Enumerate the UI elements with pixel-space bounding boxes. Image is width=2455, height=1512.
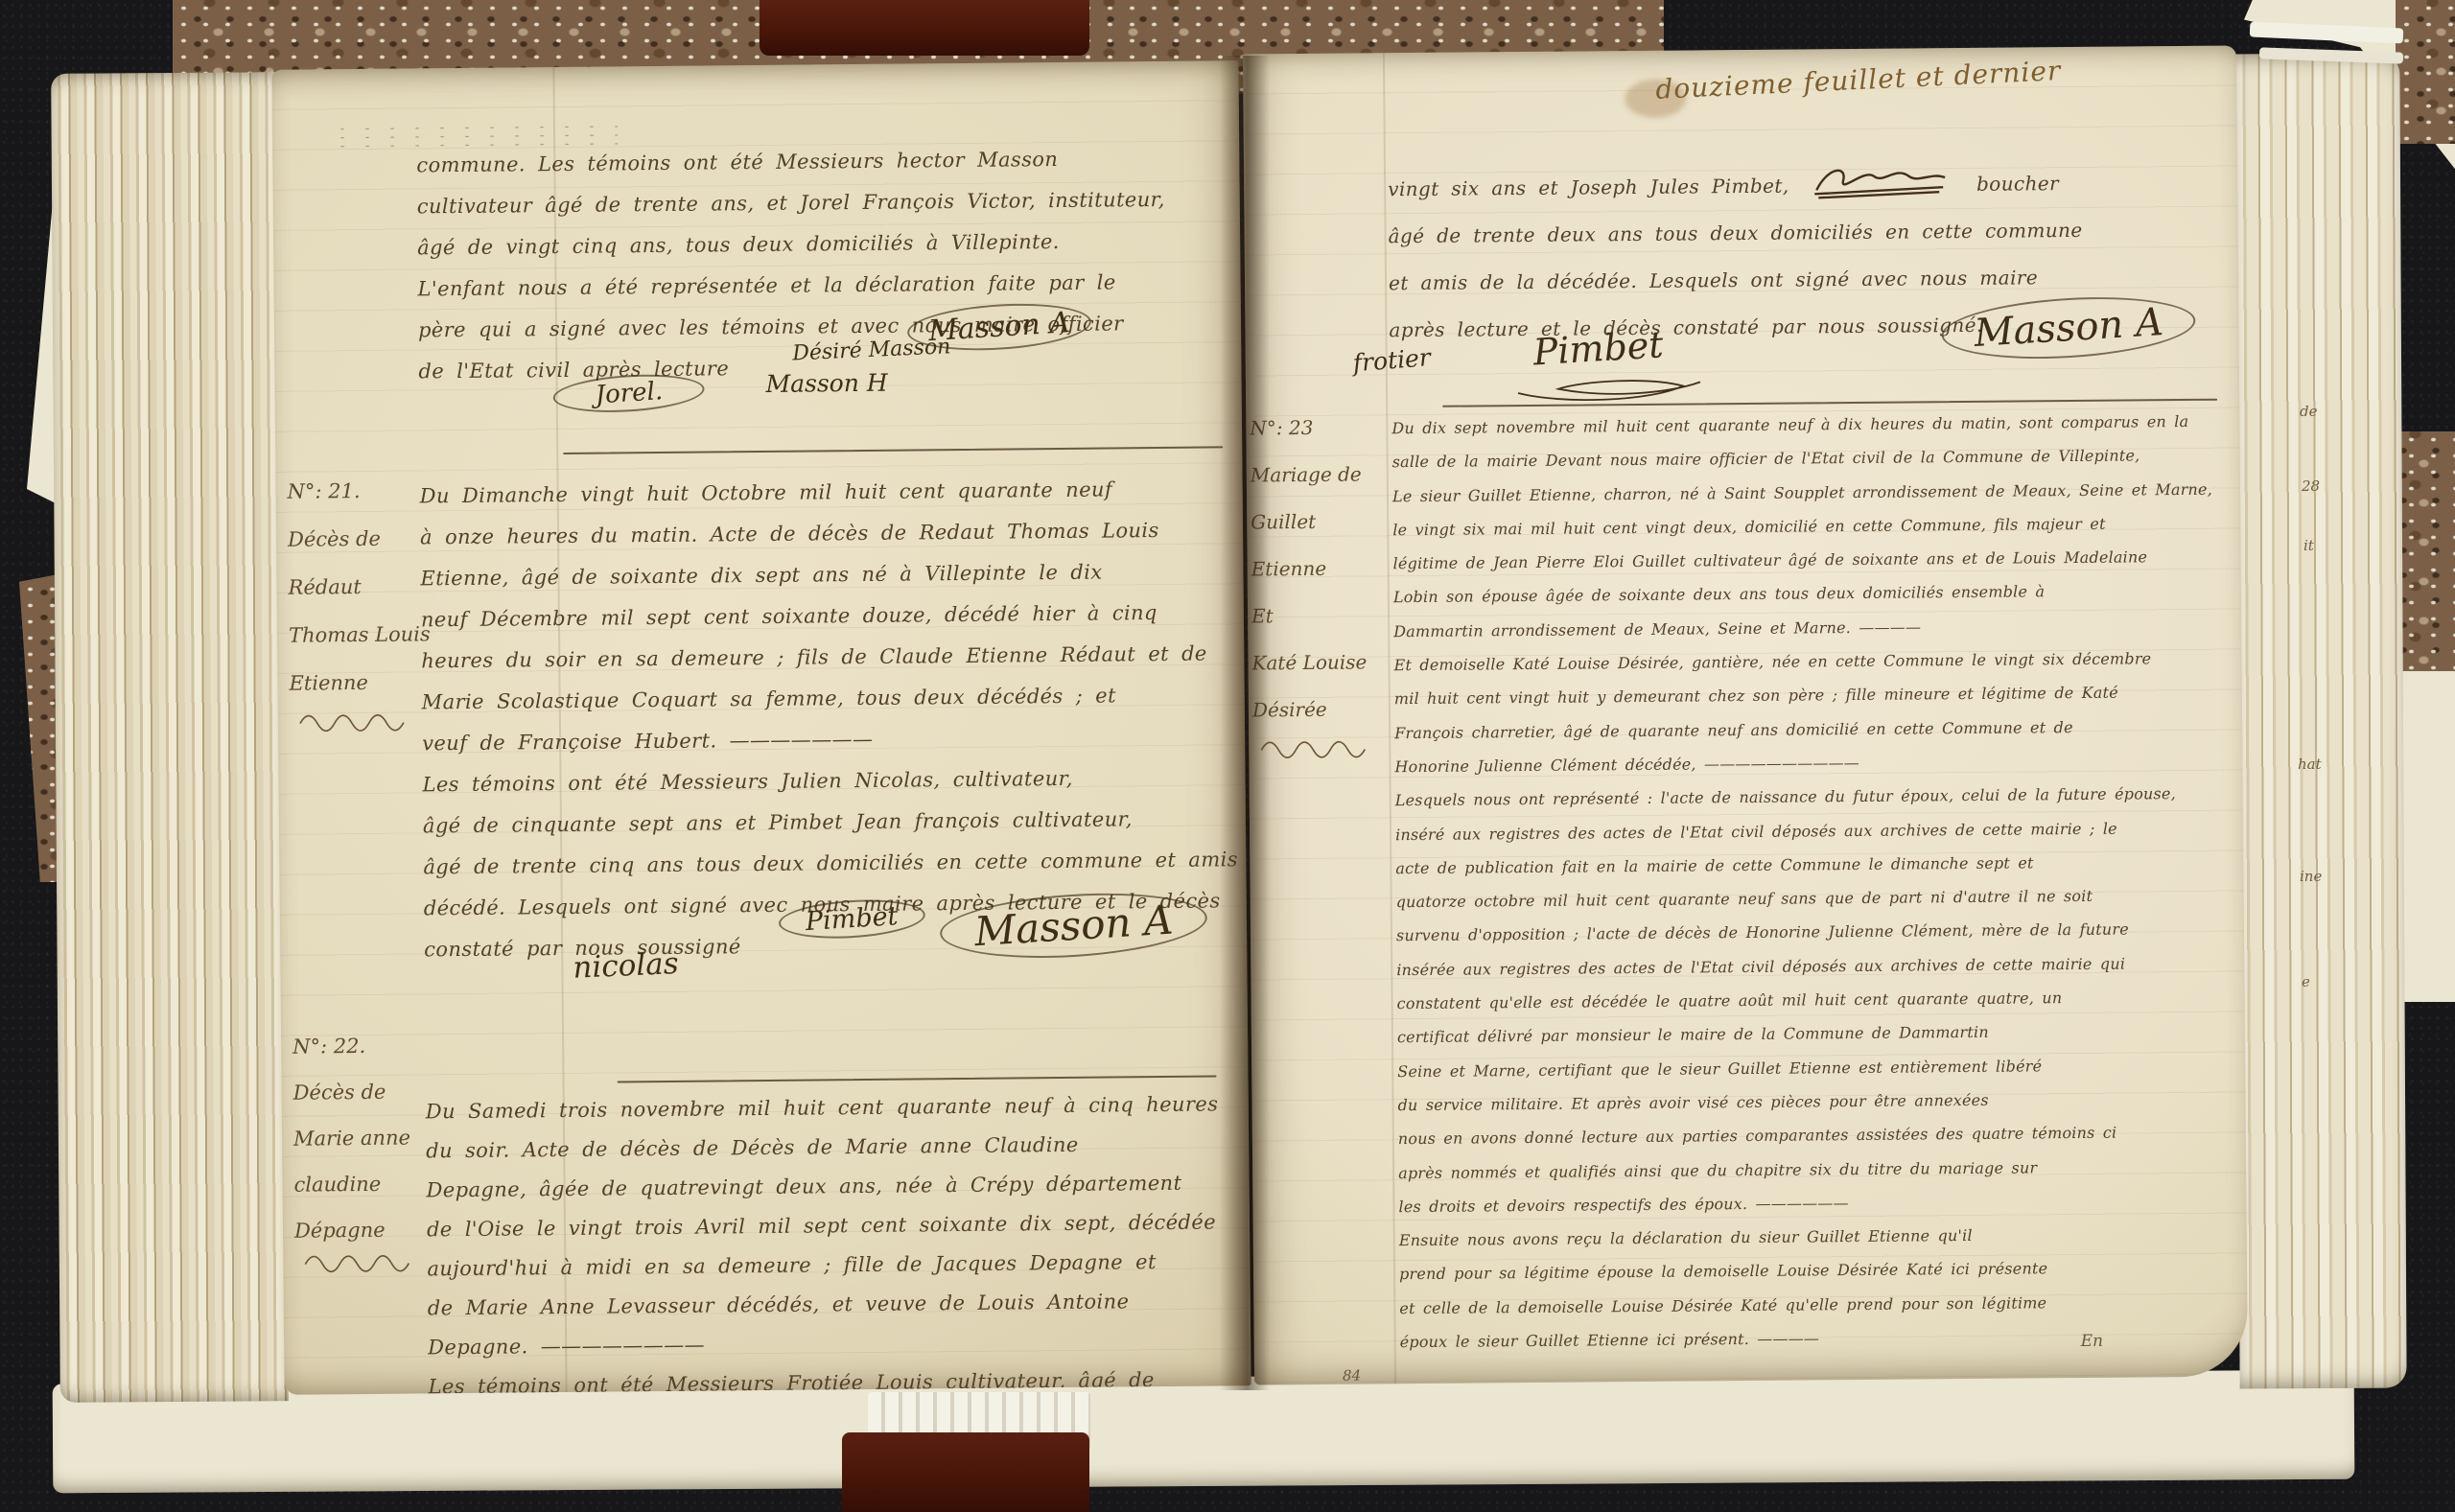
text-segment: vingt six ans et Joseph Jules Pimbet,: [1388, 174, 1789, 201]
fore-edge-text-fragment: it: [2303, 537, 2314, 554]
text-line: de Marie Anne Levasseur décédés, et veuv…: [428, 1281, 1221, 1328]
text-line: mil huit cent vingt huit y demeurant che…: [1394, 675, 2214, 716]
text-line: inséré aux registres des actes de l'Etat…: [1395, 810, 2215, 851]
text-line: nous en avons donné lecture aux parties …: [1398, 1115, 2218, 1156]
signature-pimbet: Pimbet: [779, 899, 925, 938]
marbled-cover-corner-right: [2396, 0, 2455, 144]
folio-annotation: douzieme feuillet et dernier: [1655, 55, 2062, 105]
text-line: âgé de trente deux ans tous deux domicil…: [1388, 207, 2082, 260]
spine-wood-bottom: [842, 1432, 1089, 1512]
text-line: Marie anne: [293, 1115, 410, 1162]
signature-paraph-oval: Masson A: [938, 886, 1209, 965]
catchword: En: [2081, 1332, 2104, 1351]
signature-nicolas: nicolas: [573, 946, 680, 986]
margin-note-entry-22: N°: 22.Décès deMarie anneclaudineDépagne: [292, 1023, 411, 1254]
text-line: Thomas Louis: [289, 610, 431, 659]
entry-separator-rule: [563, 446, 1223, 454]
text-line: L'enfant nous a été représentée et la dé…: [417, 262, 1165, 310]
text-line: Dépagne: [294, 1207, 411, 1254]
text-line: heures du soir en sa demeure ; fils de C…: [421, 633, 1251, 683]
page-number: 84: [1343, 1367, 1361, 1384]
page-edge-stack-left: [51, 72, 289, 1403]
text-segment: boucher: [1976, 172, 2059, 196]
fore-edge-text-fragment: 28: [2302, 477, 2320, 495]
signature-masson-a: Masson A: [940, 894, 1208, 959]
text-line: Du Samedi trois novembre mil huit cent q…: [426, 1084, 1219, 1131]
signature-pimbet: Pimbet: [1531, 323, 1664, 373]
act-continuation-line-1: vingt six ans et Joseph Jules Pimbet, bo…: [1388, 160, 2059, 213]
fore-edge-text-fragment: ine: [2300, 868, 2322, 885]
text-line: N°: 22.: [292, 1023, 409, 1070]
text-line: Décès de: [288, 514, 430, 563]
photograph-of-register: commune. Les témoins ont été Messieurs h…: [0, 0, 2455, 1512]
right-page: douzieme feuillet et dernier vingt six a…: [1243, 46, 2248, 1385]
book-gutter-shadow: [1220, 56, 1270, 1390]
act-entry-23-text: Du dix sept novembre mil huit cent quara…: [1391, 405, 2220, 1360]
fore-edge-text-fragment: de: [2300, 403, 2317, 420]
signature-masson-h: Masson H: [765, 369, 887, 398]
signature-paraph-oval: Jorel.: [552, 370, 707, 416]
signature-jorel: Jorel.: [552, 375, 705, 413]
fore-edge-text-fragment: e: [2302, 973, 2310, 990]
text-line: commune. Les témoins ont été Messieurs h…: [416, 138, 1164, 186]
text-line: âgé de vingt cinq ans, tous deux domicil…: [417, 221, 1165, 268]
fore-edge-text-fragment: hat: [2298, 756, 2322, 773]
text-line: vingt six ans et Joseph Jules Pimbet, bo…: [1388, 160, 2059, 213]
text-line: Décès de: [292, 1069, 409, 1116]
flourish-squiggle: [302, 1249, 427, 1273]
flourish-squiggle: [297, 709, 422, 733]
text-line: cultivateur âgé de trente ans, et Jorel …: [417, 179, 1165, 227]
page-edge-stack-right: [2233, 54, 2406, 1389]
signature-paraph-oval: Pimbet: [778, 896, 926, 942]
signature-flourish: [1514, 374, 1706, 405]
signature-masson-a: Masson A: [907, 304, 1091, 351]
spine-wood-top: [760, 0, 1089, 56]
signature-paraph-oval: Masson A: [1940, 291, 2198, 365]
flourish-squiggle: [1258, 735, 1383, 759]
text-line: insérée aux registres des actes de l'Eta…: [1396, 945, 2216, 987]
text-line: N°: 21.: [287, 466, 429, 515]
text-line: à onze heures du matin. Acte de décès de…: [420, 509, 1251, 559]
text-line: claudine: [293, 1161, 410, 1208]
crossed-out-scribble: [1811, 164, 1954, 199]
signature-paraph-oval: Masson A: [906, 299, 1093, 356]
text-line: Etienne: [289, 658, 431, 707]
left-page: commune. Les témoins ont été Messieurs h…: [271, 60, 1251, 1395]
text-line: Rédaut: [288, 562, 430, 611]
act-entry-22-text: Du Samedi trois novembre mil huit cent q…: [426, 1084, 1222, 1394]
signature-masson-a: Masson A: [1941, 297, 2196, 359]
margin-note-entry-21: N°: 21.Décès deRédautThomas LouisEtienne: [287, 466, 431, 707]
signature-frotier: frotier: [1352, 343, 1432, 377]
entry-separator-rule: [618, 1075, 1217, 1082]
